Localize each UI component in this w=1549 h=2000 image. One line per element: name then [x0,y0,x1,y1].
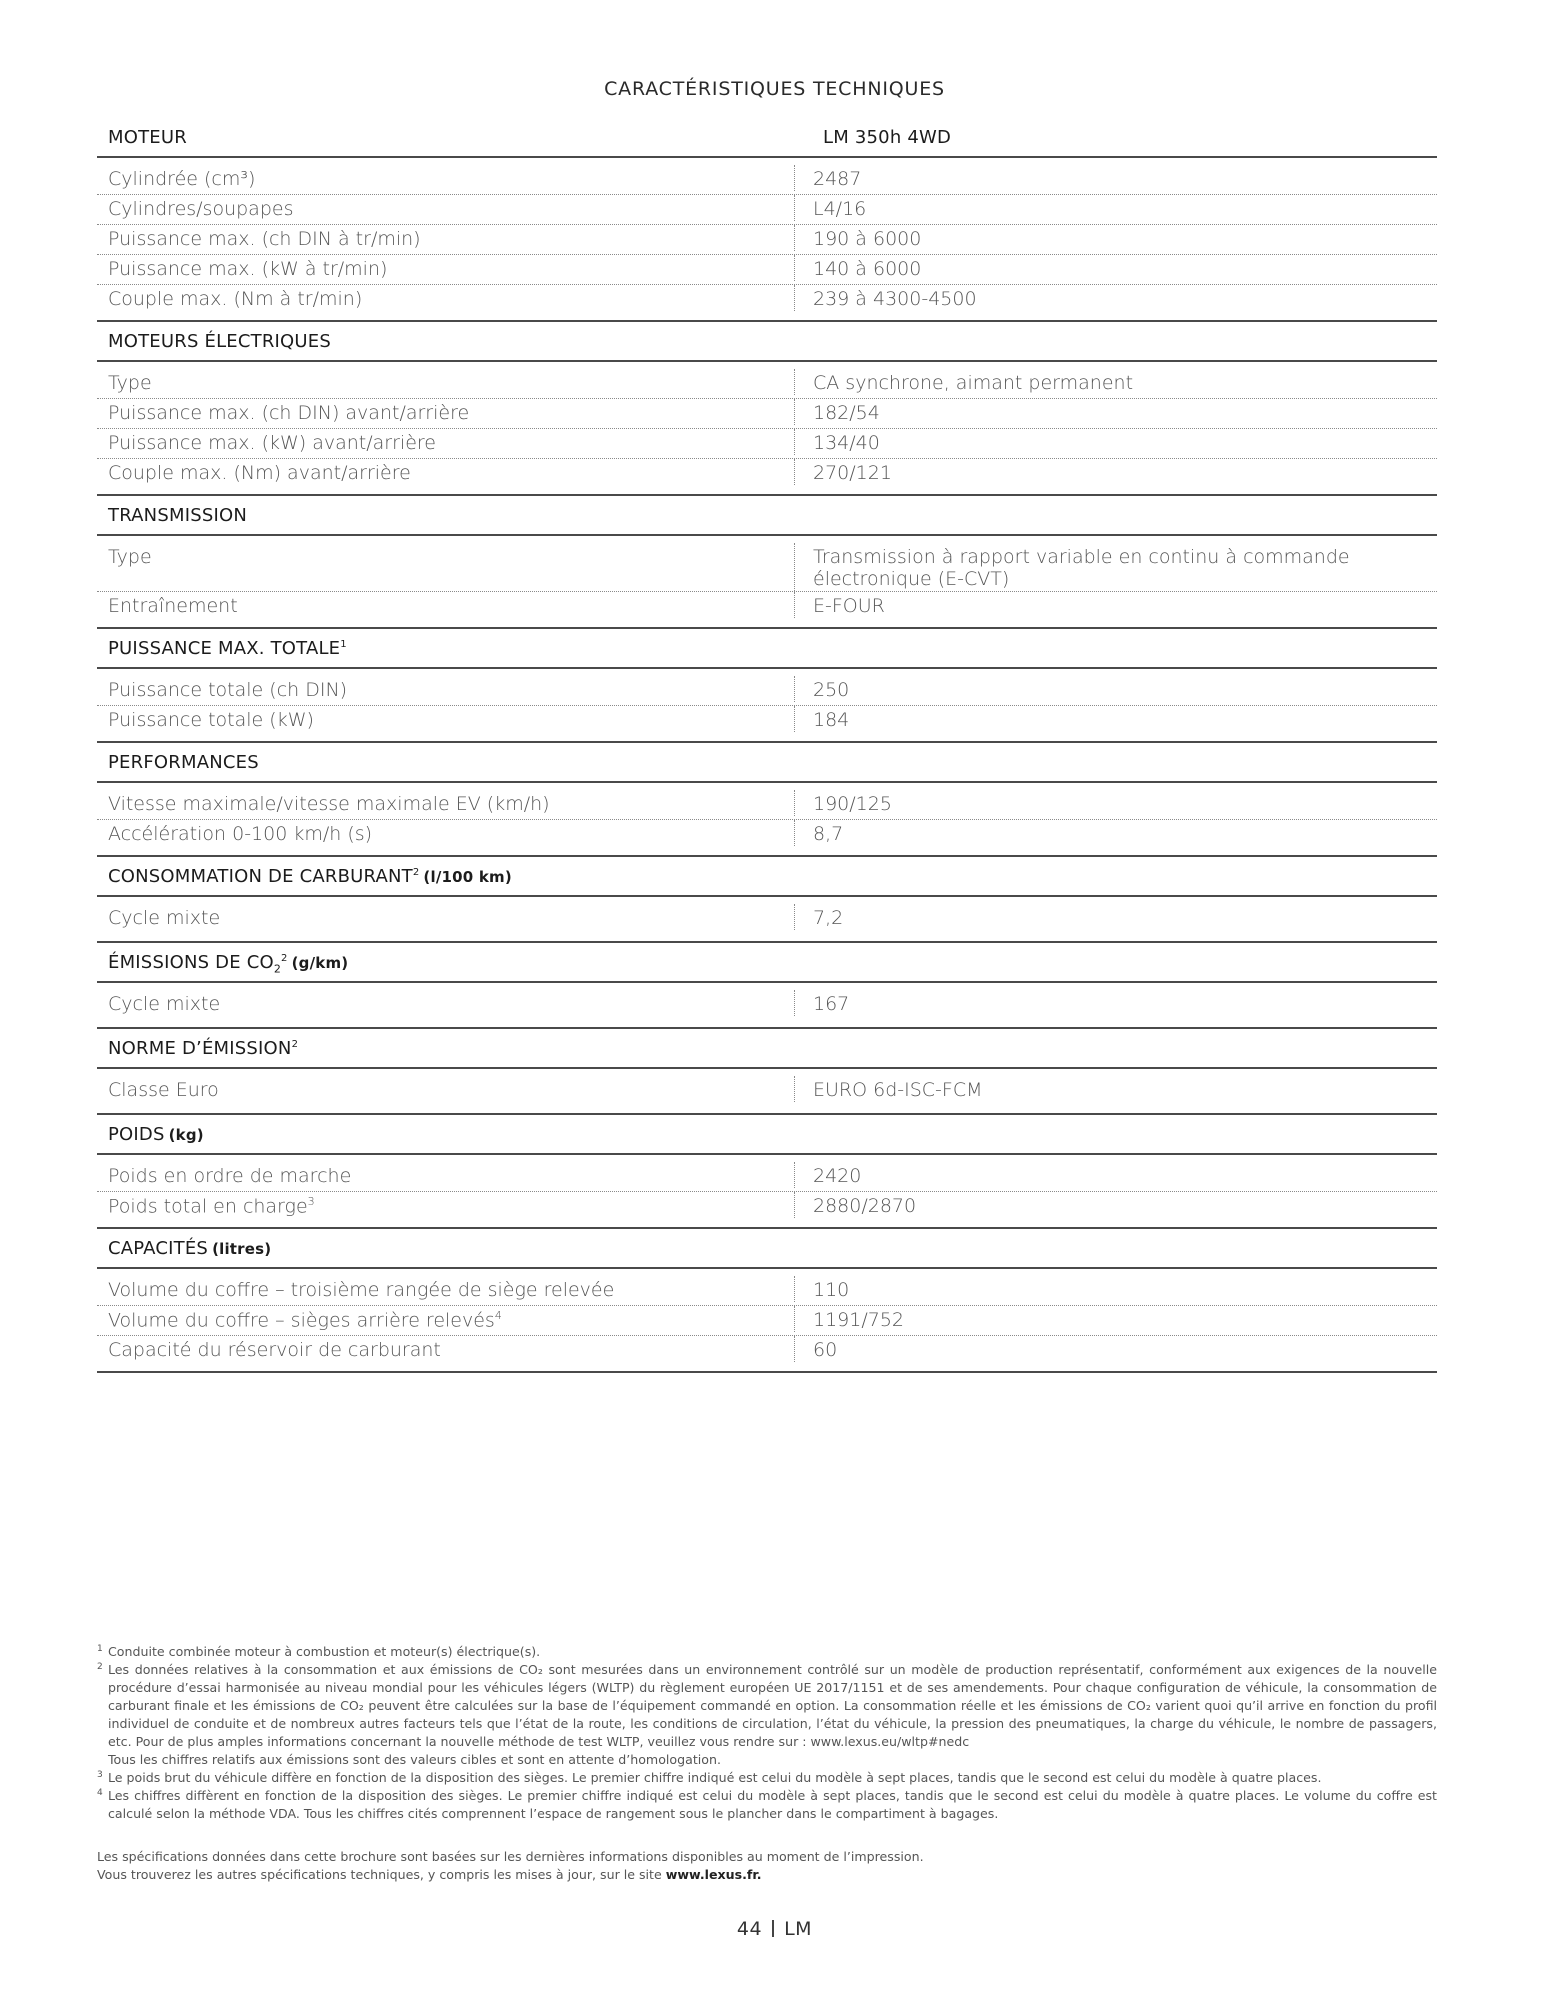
section-title-text: ÉMISSIONS DE CO [108,952,274,973]
section-header: MOTEURLM 350h 4WD [97,118,1437,158]
spec-label-text: Cylindres/soupapes [108,198,293,220]
spec-row: Puissance totale (ch DIN)250 [97,676,1437,706]
disclaimer-line-2: Vous trouverez les autres spécifications… [97,1866,1437,1884]
section-title-text: PERFORMANCES [108,752,259,773]
spec-row: Vitesse maximale/vitesse maximale EV (km… [97,790,1437,820]
disclaimer: Les spécifications données dans cette br… [97,1848,1437,1884]
section-body: Poids en ordre de marche2420Poids total … [97,1155,1437,1229]
footnote-mark: 4 [97,1784,103,1802]
spec-value: 60 [794,1336,1437,1362]
spec-label: Couple max. (Nm) avant/arrière [97,459,794,484]
section-title-text: CONSOMMATION DE CARBURANT [108,866,413,887]
spec-label: Type [97,369,794,394]
spec-label: Type [97,543,794,568]
section-title: CAPACITÉS(litres) [97,1238,823,1259]
spec-label-text: Type [108,372,152,394]
spec-row: Volume du coffre – sièges arrière relevé… [97,1306,1437,1336]
footer-model: LM [784,1918,812,1940]
spec-row: Cylindrée (cm³)2487 [97,165,1437,195]
disclaimer-line-2-text: Vous trouverez les autres spécifications… [97,1867,666,1882]
section-header: PERFORMANCES [97,743,1437,783]
spec-label: Volume du coffre – troisième rangée de s… [97,1276,794,1301]
spec-label: Puissance max. (kW à tr/min) [97,255,794,280]
section-body: Cylindrée (cm³)2487Cylindres/soupapesL4/… [97,158,1437,322]
section-title: PERFORMANCES [97,752,823,773]
spec-label-text: Volume du coffre – troisième rangée de s… [108,1279,614,1301]
section-title: NORME D’ÉMISSION2 [97,1038,823,1059]
spec-value: 134/40 [794,429,1437,455]
spec-row: Puissance max. (ch DIN) avant/arrière182… [97,399,1437,429]
section-body: Puissance totale (ch DIN)250Puissance to… [97,669,1437,743]
section-title-text: TRANSMISSION [108,505,247,526]
section-body: Cycle mixte167 [97,983,1437,1029]
spec-row: Cycle mixte7,2 [97,904,1437,935]
spec-value: CA synchrone, aimant permanent [794,369,1437,395]
spec-value: 167 [794,990,1437,1016]
spec-row: TypeTransmission à rapport variable en c… [97,543,1437,592]
spec-label-text: Entraînement [108,595,238,617]
spec-label: Classe Euro [97,1076,794,1101]
section-body: Cycle mixte7,2 [97,897,1437,943]
footnote-ref: 2 [281,953,288,964]
spec-label-text: Accélération 0-100 km/h (s) [108,823,372,845]
spec-label-text: Puissance max. (ch DIN) avant/arrière [108,402,469,424]
spec-value: 182/54 [794,399,1437,425]
footnote-text: Tous les chiffres relatifs aux émissions… [108,1752,721,1767]
spec-row: Capacité du réservoir de carburant60 [97,1336,1437,1365]
spec-row: EntraînementE-FOUR [97,592,1437,621]
spec-row: Cycle mixte167 [97,990,1437,1021]
section-unit: (g/km) [292,954,349,972]
spec-label: Accélération 0-100 km/h (s) [97,820,794,845]
disclaimer-line-1: Les spécifications données dans cette br… [97,1848,1437,1866]
section-header: MOTEURS ÉLECTRIQUES [97,322,1437,362]
footnote-mark: 2 [97,1658,103,1676]
spec-value: 2487 [794,165,1437,191]
footnote-ref: 2 [292,1039,299,1050]
footnote-mark: 3 [97,1766,103,1784]
section-header: NORME D’ÉMISSION2 [97,1029,1437,1069]
spec-label: Entraînement [97,592,794,617]
spec-value: 7,2 [794,904,1437,930]
spec-label-text: Cycle mixte [108,993,220,1015]
spec-label: Poids en ordre de marche [97,1162,794,1187]
spec-label-text: Poids en ordre de marche [108,1165,351,1187]
spec-value: E-FOUR [794,592,1437,618]
spec-label: Couple max. (Nm à tr/min) [97,285,794,310]
section-title-subscript: 2 [274,962,281,975]
footnote-text: Le poids brut du véhicule diffère en fon… [108,1770,1322,1785]
spec-row: Puissance max. (kW à tr/min)140 à 6000 [97,255,1437,285]
spec-label: Puissance max. (ch DIN à tr/min) [97,225,794,250]
spec-label-text: Couple max. (Nm à tr/min) [108,288,362,310]
section-title-text: PUISSANCE MAX. TOTALE [108,638,340,659]
section-title-text: MOTEURS ÉLECTRIQUES [108,331,331,352]
section-header: CONSOMMATION DE CARBURANT2(l/100 km) [97,857,1437,897]
spec-label: Capacité du réservoir de carburant [97,1336,794,1361]
page-footer: 44LM [0,1918,1549,1940]
section-title: TRANSMISSION [97,505,823,526]
spec-label-text: Puissance max. (kW) avant/arrière [108,432,436,454]
footnote: 2Les données relatives à la consommation… [97,1661,1437,1751]
section-body: Volume du coffre – troisième rangée de s… [97,1269,1437,1373]
spec-value: 1191/752 [794,1306,1437,1332]
spec-value: EURO 6d-ISC-FCM [794,1076,1437,1102]
section-unit: (kg) [169,1126,204,1144]
section-unit: (litres) [212,1240,271,1258]
spec-value: 190/125 [794,790,1437,816]
spec-label: Vitesse maximale/vitesse maximale EV (km… [97,790,794,815]
spec-label: Puissance max. (ch DIN) avant/arrière [97,399,794,424]
section-body: Classe EuroEURO 6d-ISC-FCM [97,1069,1437,1115]
spec-value: 2420 [794,1162,1437,1188]
spec-label-text: Cylindrée (cm³) [108,168,255,190]
footnotes: 1Conduite combinée moteur à combustion e… [97,1643,1437,1823]
page-number: 44 [737,1918,762,1940]
spec-row: Puissance totale (kW)184 [97,706,1437,735]
footnote-ref: 3 [308,1195,315,1208]
section-title: MOTEURS ÉLECTRIQUES [97,331,823,352]
section-title-text: CAPACITÉS [108,1238,208,1259]
spec-row: Poids total en charge32880/2870 [97,1192,1437,1221]
spec-value: 270/121 [794,459,1437,485]
footnote-mark: 1 [97,1640,103,1658]
page-title: CARACTÉRISTIQUES TECHNIQUES [0,78,1549,100]
spec-label-text: Classe Euro [108,1079,219,1101]
footnote-text: Conduite combinée moteur à combustion et… [108,1644,540,1659]
spec-label-text: Cycle mixte [108,907,220,929]
model-column-header: LM 350h 4WD [823,127,951,148]
spec-row: Couple max. (Nm) avant/arrière270/121 [97,459,1437,488]
spec-label: Puissance max. (kW) avant/arrière [97,429,794,454]
spec-label-text: Type [108,546,152,568]
footnote-text: Les données relatives à la consommation … [108,1662,1437,1749]
footnote-ref: 2 [413,867,420,878]
spec-value: 184 [794,706,1437,732]
spec-label-text: Puissance totale (kW) [108,709,314,731]
spec-label: Cylindres/soupapes [97,195,794,220]
footer-separator [772,1920,774,1937]
spec-value: 140 à 6000 [794,255,1437,281]
section-header: PUISSANCE MAX. TOTALE1 [97,629,1437,669]
spec-label: Cycle mixte [97,904,794,929]
spec-row: TypeCA synchrone, aimant permanent [97,369,1437,399]
section-title: POIDS(kg) [97,1124,823,1145]
footnote: 3Le poids brut du véhicule diffère en fo… [97,1769,1437,1787]
spec-label: Volume du coffre – sièges arrière relevé… [97,1306,794,1331]
spec-value: 2880/2870 [794,1192,1437,1218]
spec-label-text: Couple max. (Nm) avant/arrière [108,462,411,484]
spec-label-text: Capacité du réservoir de carburant [108,1339,441,1361]
spec-label: Cylindrée (cm³) [97,165,794,190]
spec-value: L4/16 [794,195,1437,221]
spec-label-text: Puissance max. (ch DIN à tr/min) [108,228,421,250]
section-title: MOTEUR [97,127,823,148]
spec-row: Puissance max. (kW) avant/arrière134/40 [97,429,1437,459]
spec-value: 110 [794,1276,1437,1302]
spec-value: Transmission à rapport variable en conti… [794,543,1437,591]
spec-value: 190 à 6000 [794,225,1437,251]
section-title-text: MOTEUR [108,127,187,148]
footnote-ref: 1 [340,639,347,650]
spec-label-text: Puissance max. (kW à tr/min) [108,258,387,280]
spec-label-text: Volume du coffre – sièges arrière relevé… [108,1309,495,1331]
spec-row: Poids en ordre de marche2420 [97,1162,1437,1192]
spec-row: Cylindres/soupapesL4/16 [97,195,1437,225]
spec-label: Poids total en charge3 [97,1192,794,1217]
spec-label-text: Vitesse maximale/vitesse maximale EV (km… [108,793,550,815]
spec-table: MOTEURLM 350h 4WDCylindrée (cm³)2487Cyli… [97,118,1437,1373]
spec-label: Puissance totale (kW) [97,706,794,731]
spec-label: Puissance totale (ch DIN) [97,676,794,701]
section-title-text: POIDS [108,1124,165,1145]
section-body: TypeTransmission à rapport variable en c… [97,536,1437,629]
footnote-text: Les chiffres diffèrent en fonction de la… [108,1788,1437,1821]
spec-row: Accélération 0-100 km/h (s)8,7 [97,820,1437,849]
website-link[interactable]: www.lexus.fr. [666,1867,762,1882]
section-header: ÉMISSIONS DE CO22(g/km) [97,943,1437,983]
section-body: TypeCA synchrone, aimant permanentPuissa… [97,362,1437,496]
section-title: PUISSANCE MAX. TOTALE1 [97,638,823,659]
spec-value: 239 à 4300-4500 [794,285,1437,311]
spec-row: Couple max. (Nm à tr/min)239 à 4300-4500 [97,285,1437,314]
section-body: Vitesse maximale/vitesse maximale EV (km… [97,783,1437,857]
spec-value: 8,7 [794,820,1437,846]
spec-value: 250 [794,676,1437,702]
section-header: POIDS(kg) [97,1115,1437,1155]
footnote-ref: 4 [495,1309,502,1322]
footnote: Tous les chiffres relatifs aux émissions… [97,1751,1437,1769]
spec-row: Classe EuroEURO 6d-ISC-FCM [97,1076,1437,1107]
section-unit: (l/100 km) [423,868,511,886]
section-title-text: NORME D’ÉMISSION [108,1038,292,1059]
section-header: TRANSMISSION [97,496,1437,536]
spec-label-text: Poids total en charge [108,1195,308,1217]
spec-label-text: Puissance totale (ch DIN) [108,679,347,701]
section-title: ÉMISSIONS DE CO22(g/km) [97,952,823,973]
spec-row: Puissance max. (ch DIN à tr/min)190 à 60… [97,225,1437,255]
spec-label: Cycle mixte [97,990,794,1015]
spec-row: Volume du coffre – troisième rangée de s… [97,1276,1437,1306]
section-header: CAPACITÉS(litres) [97,1229,1437,1269]
footnote: 4Les chiffres diffèrent en fonction de l… [97,1787,1437,1823]
section-title: CONSOMMATION DE CARBURANT2(l/100 km) [97,866,823,887]
footnote: 1Conduite combinée moteur à combustion e… [97,1643,1437,1661]
